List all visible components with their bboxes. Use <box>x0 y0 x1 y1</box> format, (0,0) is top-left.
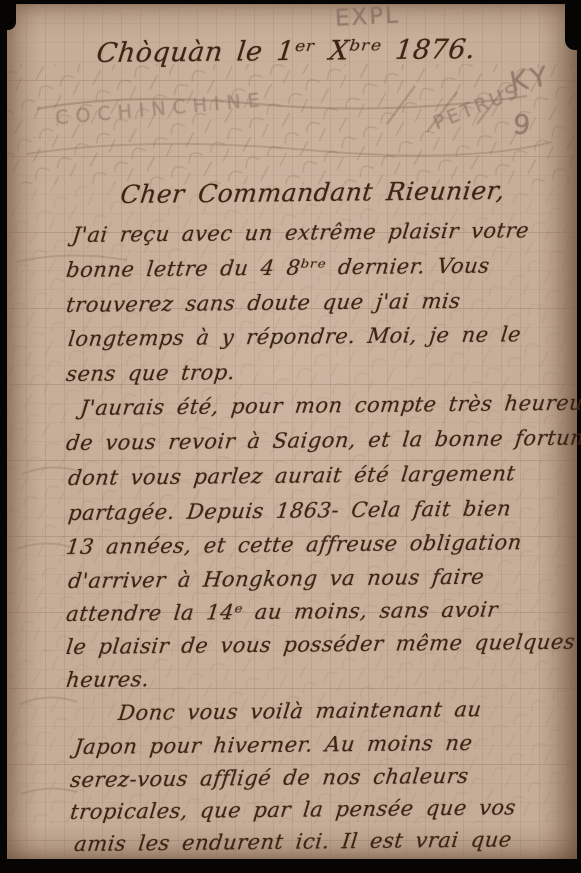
letter-line: amis les endurent ici. Il est vrai que <box>73 827 513 856</box>
pencil-annotation-expl: EXPL <box>334 2 400 31</box>
letter-line: J'ai reçu avec un extrême plaisir votre <box>71 218 530 247</box>
letter-line: Donc vous voilà maintenant au <box>117 697 483 725</box>
letter-line: Japon pour hiverner. Au moins ne <box>73 731 474 759</box>
letter-line: partagée. Depuis 1863- Cela fait bien <box>67 496 513 525</box>
letter-line: d'arriver à Hongkong va nous faire <box>67 565 486 593</box>
letter-salutation: Cher Commandant Rieunier, <box>119 176 507 209</box>
letter-line: J'aurais été, pour mon compte très heure… <box>79 391 581 420</box>
pencil-annotation-cochinchine: COCHINCHINE <box>54 89 267 129</box>
letter-line: dont vous parlez aurait été largement <box>67 461 517 490</box>
letter-line: de vous revoir à Saigon, et la bonne for… <box>65 425 581 455</box>
scanned-letter-page: EXPL COCHINCHINE PETRUS KY 9 Chòquàn le … <box>0 0 581 873</box>
pencil-annotation-petrus: PETRUS <box>430 80 524 135</box>
letter-line: sens que trop. <box>65 360 236 386</box>
letter-paper: EXPL COCHINCHINE PETRUS KY 9 Chòquàn le … <box>7 4 577 859</box>
letter-dateline: Chòquàn le 1ᵉʳ Xᵇʳᵉ 1876. <box>95 34 477 69</box>
letter-line: le plaisir de vous posséder même quelque… <box>65 630 577 659</box>
scan-corner-shadow <box>7 4 16 30</box>
letter-line: attendre la 14ᵉ au moins, sans avoir <box>65 597 499 626</box>
letter-line: tropicales, que par la pensée que vos <box>69 795 517 824</box>
letter-line: 13 années, et cette affreuse obligation <box>65 530 523 559</box>
pencil-annotation-number: 9 <box>511 109 531 142</box>
letter-line: trouverez sans doute que j'ai mis <box>65 289 462 317</box>
scan-corner-shadow <box>565 4 577 50</box>
pencil-annotation-ky: KY <box>508 61 554 99</box>
letter-line: serez-vous affligé de nos chaleurs <box>69 764 470 792</box>
letter-line: longtemps à y répondre. Moi, je ne le <box>67 322 522 351</box>
letter-line: heures. <box>65 667 151 692</box>
letter-line: bonne lettre du 4 8ᵇʳᵉ dernier. Vous <box>65 254 491 282</box>
